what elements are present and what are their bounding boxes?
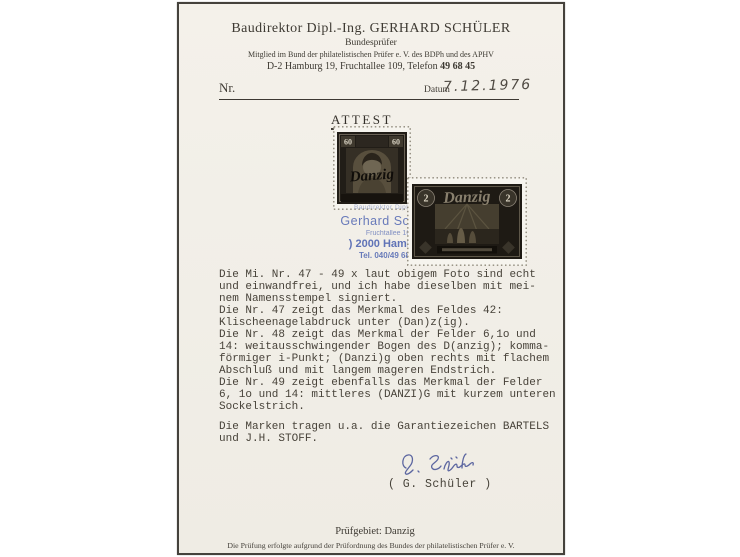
certificate-body: Die Mi. Nr. 47 - 49 x laut obigem Foto s… [219, 269, 556, 445]
body-line: Klischeenagelabdruck unter (Dan)z(ig). [219, 317, 556, 329]
pruefgebiet-line: Prüfgebiet: Danzig [183, 526, 567, 537]
letterhead-address-text: D-2 Hamburg 19, Fruchtallee 109, Telefon [267, 61, 438, 72]
letterhead-membership: Mitglied im Bund der philatelistischen P… [179, 50, 563, 59]
body-line: Abschluß und mit langem mageren Endstric… [219, 365, 556, 377]
body-line: förmiger i-Punkt; (Danzi)g oben rechts m… [219, 353, 556, 365]
body-line: und J.H. STOFF. [219, 433, 556, 445]
signature-handwriting [394, 447, 484, 481]
form-rule [219, 99, 519, 100]
footer-note: Die Prüfung erfolgte aufgrund der Prüfor… [179, 541, 563, 550]
body-line: 6, 1o und 14: mittleres (DANZI)G mit kur… [219, 389, 556, 401]
stamp1-denomination-right: 60 [392, 138, 400, 147]
certificate-document: Baudirektor Dipl.-Ing. GERHARD SCHÜLER B… [177, 2, 565, 555]
body-line: Die Marken tragen u.a. die Garantiezeich… [219, 421, 556, 433]
stamp2-denomination-right: 2 [506, 194, 511, 205]
stamp-photo-60pf: 60 60 Danzig [333, 126, 411, 210]
stamp2-overprint: Danzig [442, 188, 491, 207]
letterhead-address: D-2 Hamburg 19, Fruchtallee 109, Telefon… [179, 61, 563, 72]
stamp-photo-2mark: 2 2 Danzig [407, 177, 527, 266]
letterhead-name: Baudirektor Dipl.-Ing. GERHARD SCHÜLER [179, 21, 563, 37]
body-line: 14: weitausschwingender Bogen des D(anzi… [219, 341, 556, 353]
letterhead-role: Bundesprüfer [179, 38, 563, 48]
body-line: Die Nr. 48 zeigt das Merkmal der Felder … [219, 329, 556, 341]
stamp-60pf-graphic: 60 60 Danzig [333, 126, 411, 210]
body-line: und einwandfrei, und ich habe dieselben … [219, 281, 556, 293]
stamp-2mark-graphic: 2 2 Danzig [407, 177, 527, 266]
stamp2-denomination-left: 2 [424, 194, 429, 205]
stamp1-overprint: Danzig [348, 166, 395, 185]
nr-label: Nr. [219, 80, 235, 96]
photo-background: Baudirektor Dipl.-Ing. GERHARD SCHÜLER B… [0, 0, 740, 557]
body-line: Sockelstrich. [219, 401, 556, 413]
body-line: Die Nr. 49 zeigt ebenfalls das Merkmal d… [219, 377, 556, 389]
body-line: Die Nr. 47 zeigt das Merkmal des Feldes … [219, 305, 556, 317]
letterhead-phone: 49 68 45 [440, 61, 475, 72]
body-line: nem Namensstempel signiert. [219, 293, 556, 305]
body-line: Die Mi. Nr. 47 - 49 x laut obigem Foto s… [219, 269, 556, 281]
date-value-handwritten: 7.12.1976 [443, 77, 533, 95]
stamp1-denomination-left: 60 [344, 138, 352, 147]
